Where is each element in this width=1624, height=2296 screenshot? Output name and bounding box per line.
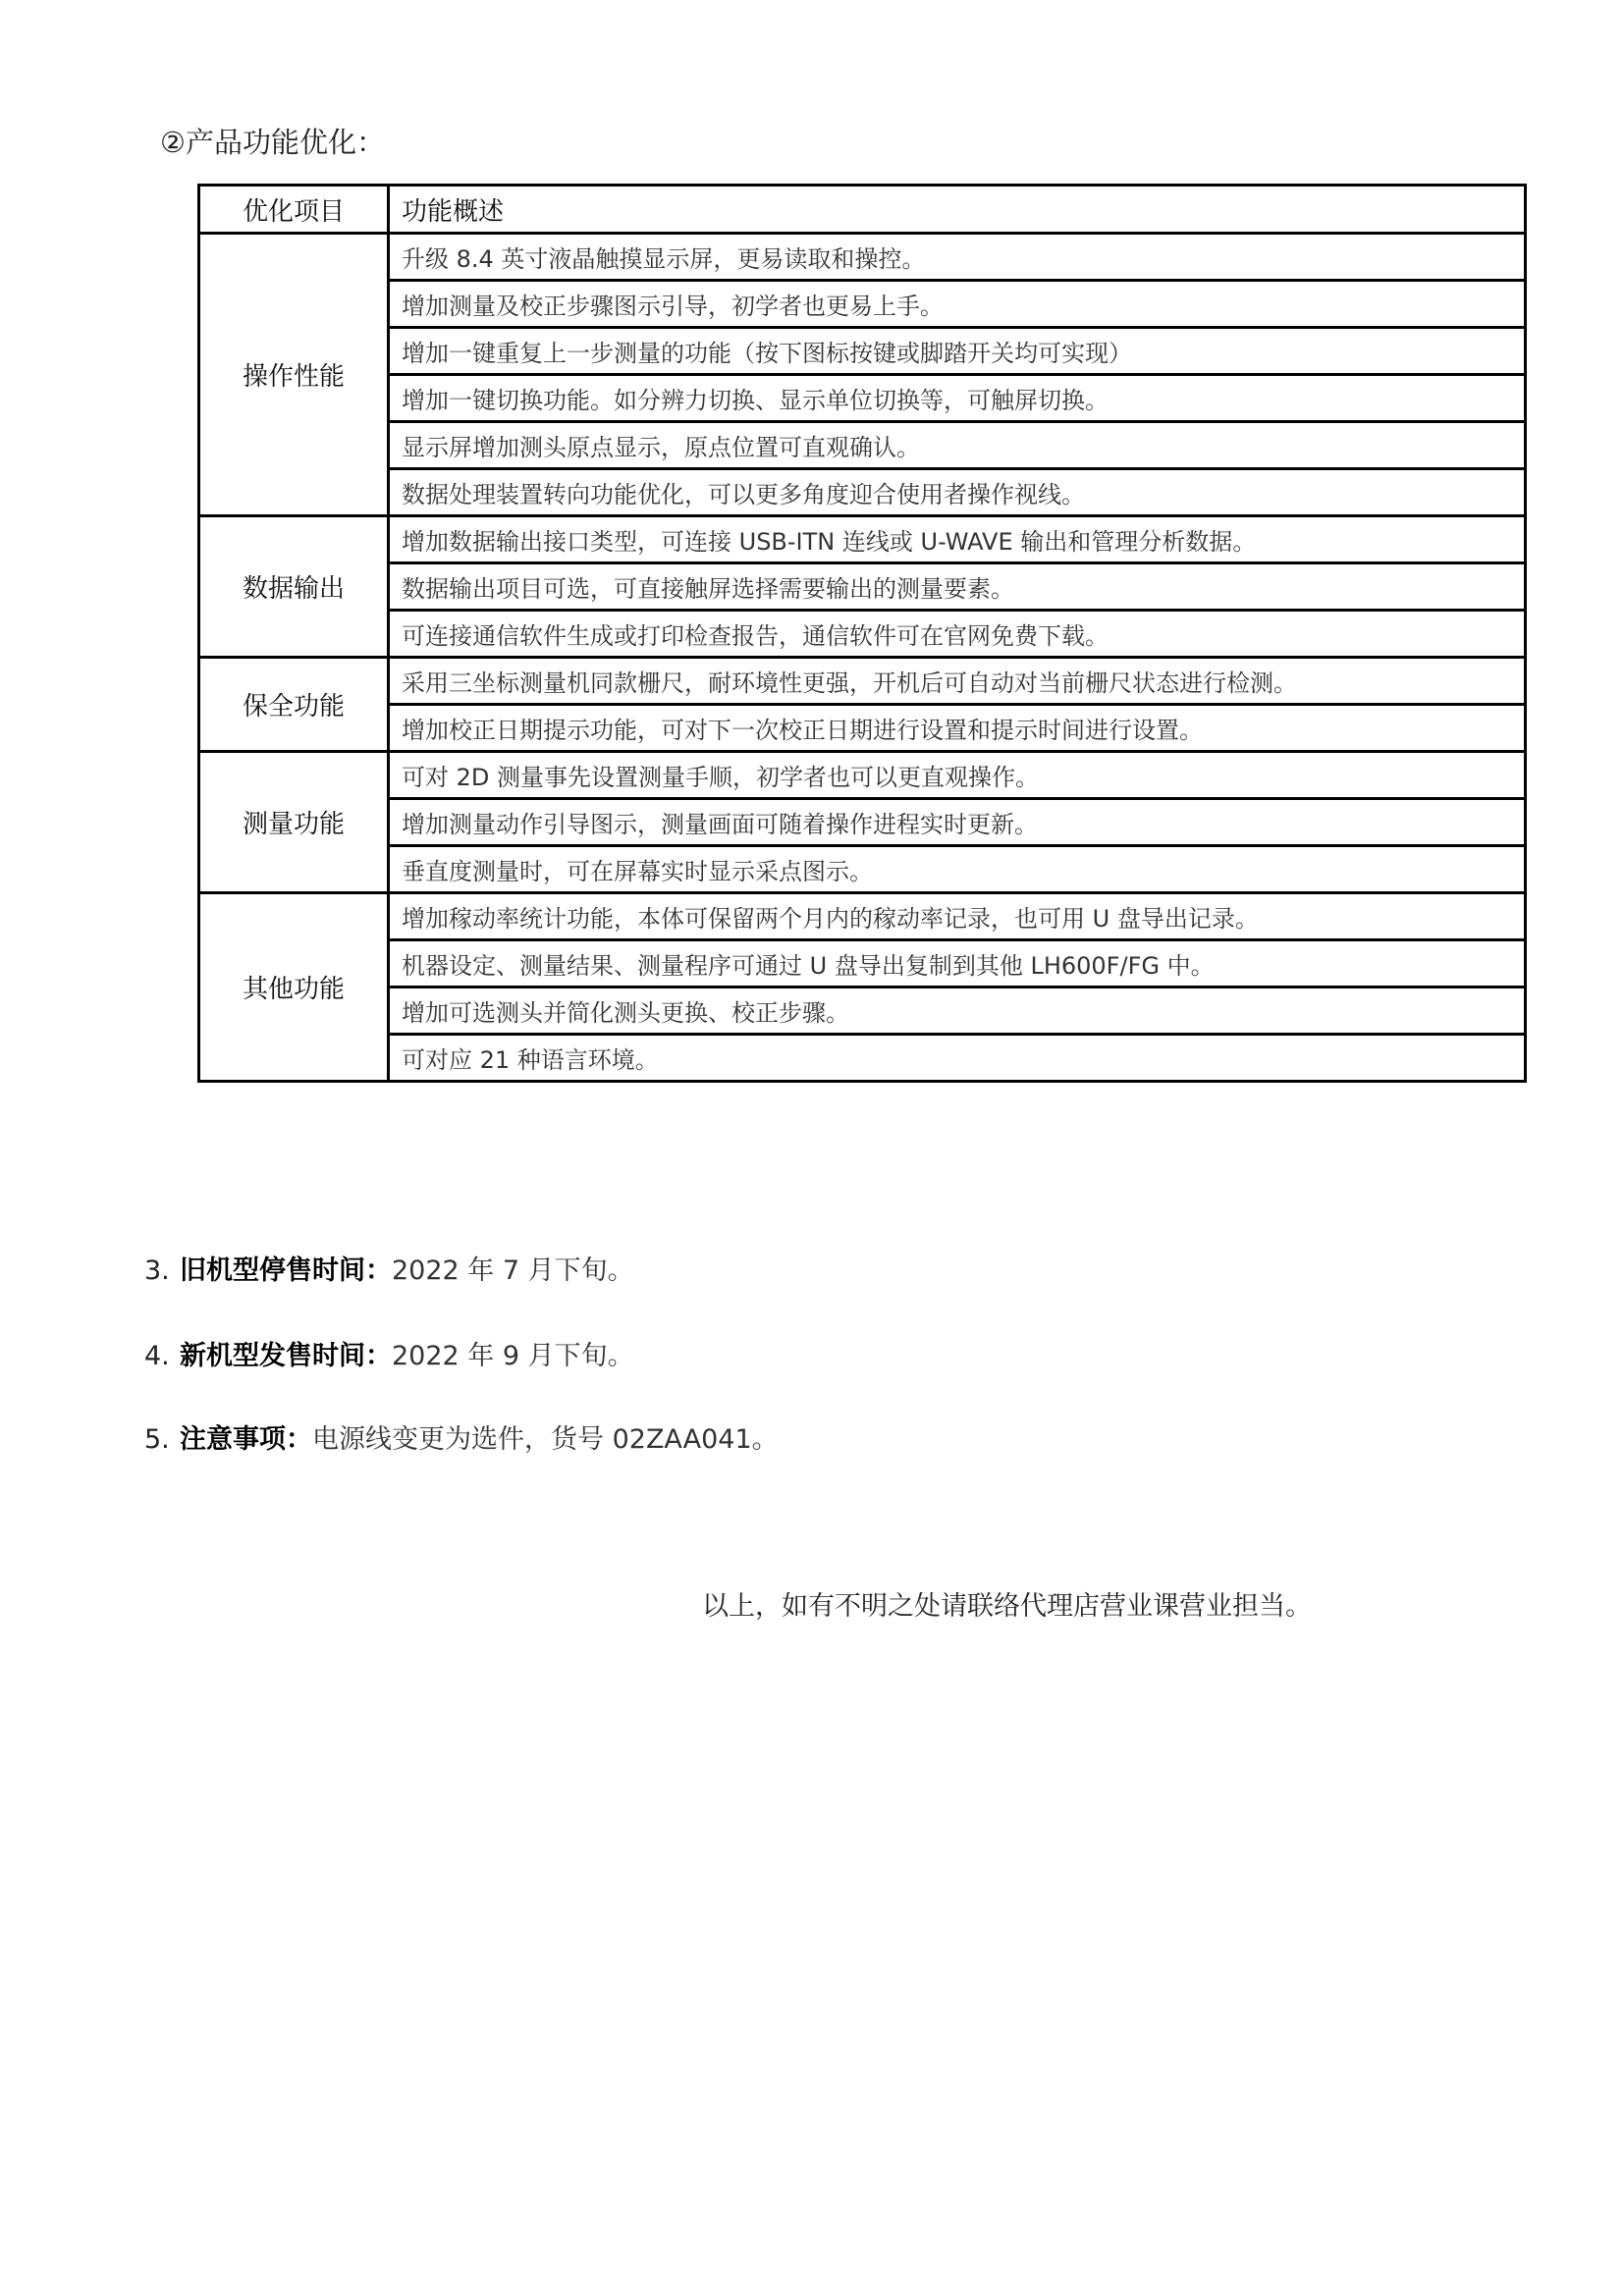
table-row: 机器设定、测量结果、测量程序可通过 U 盘导出复制到其他 LH600F/FG 中… (199, 940, 1526, 988)
table-row: 显示屏增加测头原点显示，原点位置可直观确认。 (199, 422, 1526, 469)
description-cell: 机器设定、测量结果、测量程序可通过 U 盘导出复制到其他 LH600F/FG 中… (389, 940, 1526, 988)
description-cell: 可连接通信软件生成或打印检查报告，通信软件可在官网免费下载。 (389, 611, 1526, 658)
closing-remark: 以上，如有不明之处请联络代理店营业课营业担当。 (702, 1587, 1312, 1627)
note-number: 5. (144, 1420, 180, 1460)
table-row: 测量功能 可对 2D 测量事先设置测量手顺，初学者也可以更直观操作。 (199, 752, 1526, 799)
category-cell: 操作性能 (199, 234, 389, 516)
table-row: 增加一键切换功能。如分辨力切换、显示单位切换等，可触屏切换。 (199, 375, 1526, 422)
table-row: 其他功能 增加稼动率统计功能，本体可保留两个月内的稼动率记录，也可用 U 盘导出… (199, 893, 1526, 940)
table-row: 增加校正日期提示功能，可对下一次校正日期进行设置和提示时间进行设置。 (199, 705, 1526, 752)
table-row: 增加测量及校正步骤图示引导，初学者也更易上手。 (199, 281, 1526, 328)
optimization-table: 优化项目 功能概述 操作性能 升级 8.4 英寸液晶触摸显示屏，更易读取和操控。… (197, 184, 1527, 1083)
note-number: 3. (144, 1252, 180, 1291)
description-cell: 可对应 21 种语言环境。 (389, 1035, 1526, 1082)
note-label: 注意事项： (180, 1424, 312, 1455)
description-cell: 显示屏增加测头原点显示，原点位置可直观确认。 (389, 422, 1526, 469)
note-value: 2022 年 9 月下旬。 (392, 1341, 634, 1371)
note-precautions: 5.注意事项：电源线变更为选件，货号 02ZAA041。 (144, 1420, 779, 1460)
table-row: 数据输出项目可选，可直接触屏选择需要输出的测量要素。 (199, 563, 1526, 611)
note-value: 2022 年 7 月下旬。 (392, 1255, 634, 1286)
section-title: ②产品功能优化： (160, 122, 385, 163)
note-value: 电源线变更为选件，货号 02ZAA041。 (312, 1424, 779, 1455)
header-description: 功能概述 (389, 186, 1526, 234)
note-release-date: 4.新机型发售时间：2022 年 9 月下旬。 (144, 1337, 634, 1376)
category-cell: 保全功能 (199, 658, 389, 752)
table-row: 数据输出 增加数据输出接口类型，可连接 USB-ITN 连线或 U-WAVE 输… (199, 516, 1526, 563)
description-cell: 增加可选测头并简化测头更换、校正步骤。 (389, 988, 1526, 1035)
category-cell: 其他功能 (199, 893, 389, 1082)
note-label: 旧机型停售时间： (180, 1255, 392, 1286)
table-row: 垂直度测量时，可在屏幕实时显示采点图示。 (199, 846, 1526, 893)
description-cell: 垂直度测量时，可在屏幕实时显示采点图示。 (389, 846, 1526, 893)
header-category: 优化项目 (199, 186, 389, 234)
note-number: 4. (144, 1337, 180, 1376)
note-label: 新机型发售时间： (180, 1341, 392, 1371)
description-cell: 数据处理装置转向功能优化，可以更多角度迎合使用者操作视线。 (389, 469, 1526, 516)
description-cell: 增加一键重复上一步测量的功能（按下图标按键或脚踏开关均可实现） (389, 328, 1526, 375)
category-cell: 数据输出 (199, 516, 389, 658)
table-row: 增加可选测头并简化测头更换、校正步骤。 (199, 988, 1526, 1035)
description-cell: 增加校正日期提示功能，可对下一次校正日期进行设置和提示时间进行设置。 (389, 705, 1526, 752)
description-cell: 增加测量动作引导图示，测量画面可随着操作进程实时更新。 (389, 799, 1526, 846)
table-row: 保全功能 采用三坐标测量机同款栅尺，耐环境性更强，开机后可自动对当前栅尺状态进行… (199, 658, 1526, 705)
description-cell: 增加数据输出接口类型，可连接 USB-ITN 连线或 U-WAVE 输出和管理分… (389, 516, 1526, 563)
description-cell: 增加测量及校正步骤图示引导，初学者也更易上手。 (389, 281, 1526, 328)
table-row: 可连接通信软件生成或打印检查报告，通信软件可在官网免费下载。 (199, 611, 1526, 658)
description-cell: 升级 8.4 英寸液晶触摸显示屏，更易读取和操控。 (389, 234, 1526, 281)
description-cell: 采用三坐标测量机同款栅尺，耐环境性更强，开机后可自动对当前栅尺状态进行检测。 (389, 658, 1526, 705)
table-row: 数据处理装置转向功能优化，可以更多角度迎合使用者操作视线。 (199, 469, 1526, 516)
note-discontinue-date: 3.旧机型停售时间：2022 年 7 月下旬。 (144, 1252, 634, 1291)
table-header-row: 优化项目 功能概述 (199, 186, 1526, 234)
category-cell: 测量功能 (199, 752, 389, 893)
description-cell: 增加稼动率统计功能，本体可保留两个月内的稼动率记录，也可用 U 盘导出记录。 (389, 893, 1526, 940)
table-row: 操作性能 升级 8.4 英寸液晶触摸显示屏，更易读取和操控。 (199, 234, 1526, 281)
table-row: 增加一键重复上一步测量的功能（按下图标按键或脚踏开关均可实现） (199, 328, 1526, 375)
table-row: 可对应 21 种语言环境。 (199, 1035, 1526, 1082)
description-cell: 增加一键切换功能。如分辨力切换、显示单位切换等，可触屏切换。 (389, 375, 1526, 422)
description-cell: 可对 2D 测量事先设置测量手顺，初学者也可以更直观操作。 (389, 752, 1526, 799)
table-row: 增加测量动作引导图示，测量画面可随着操作进程实时更新。 (199, 799, 1526, 846)
description-cell: 数据输出项目可选，可直接触屏选择需要输出的测量要素。 (389, 563, 1526, 611)
